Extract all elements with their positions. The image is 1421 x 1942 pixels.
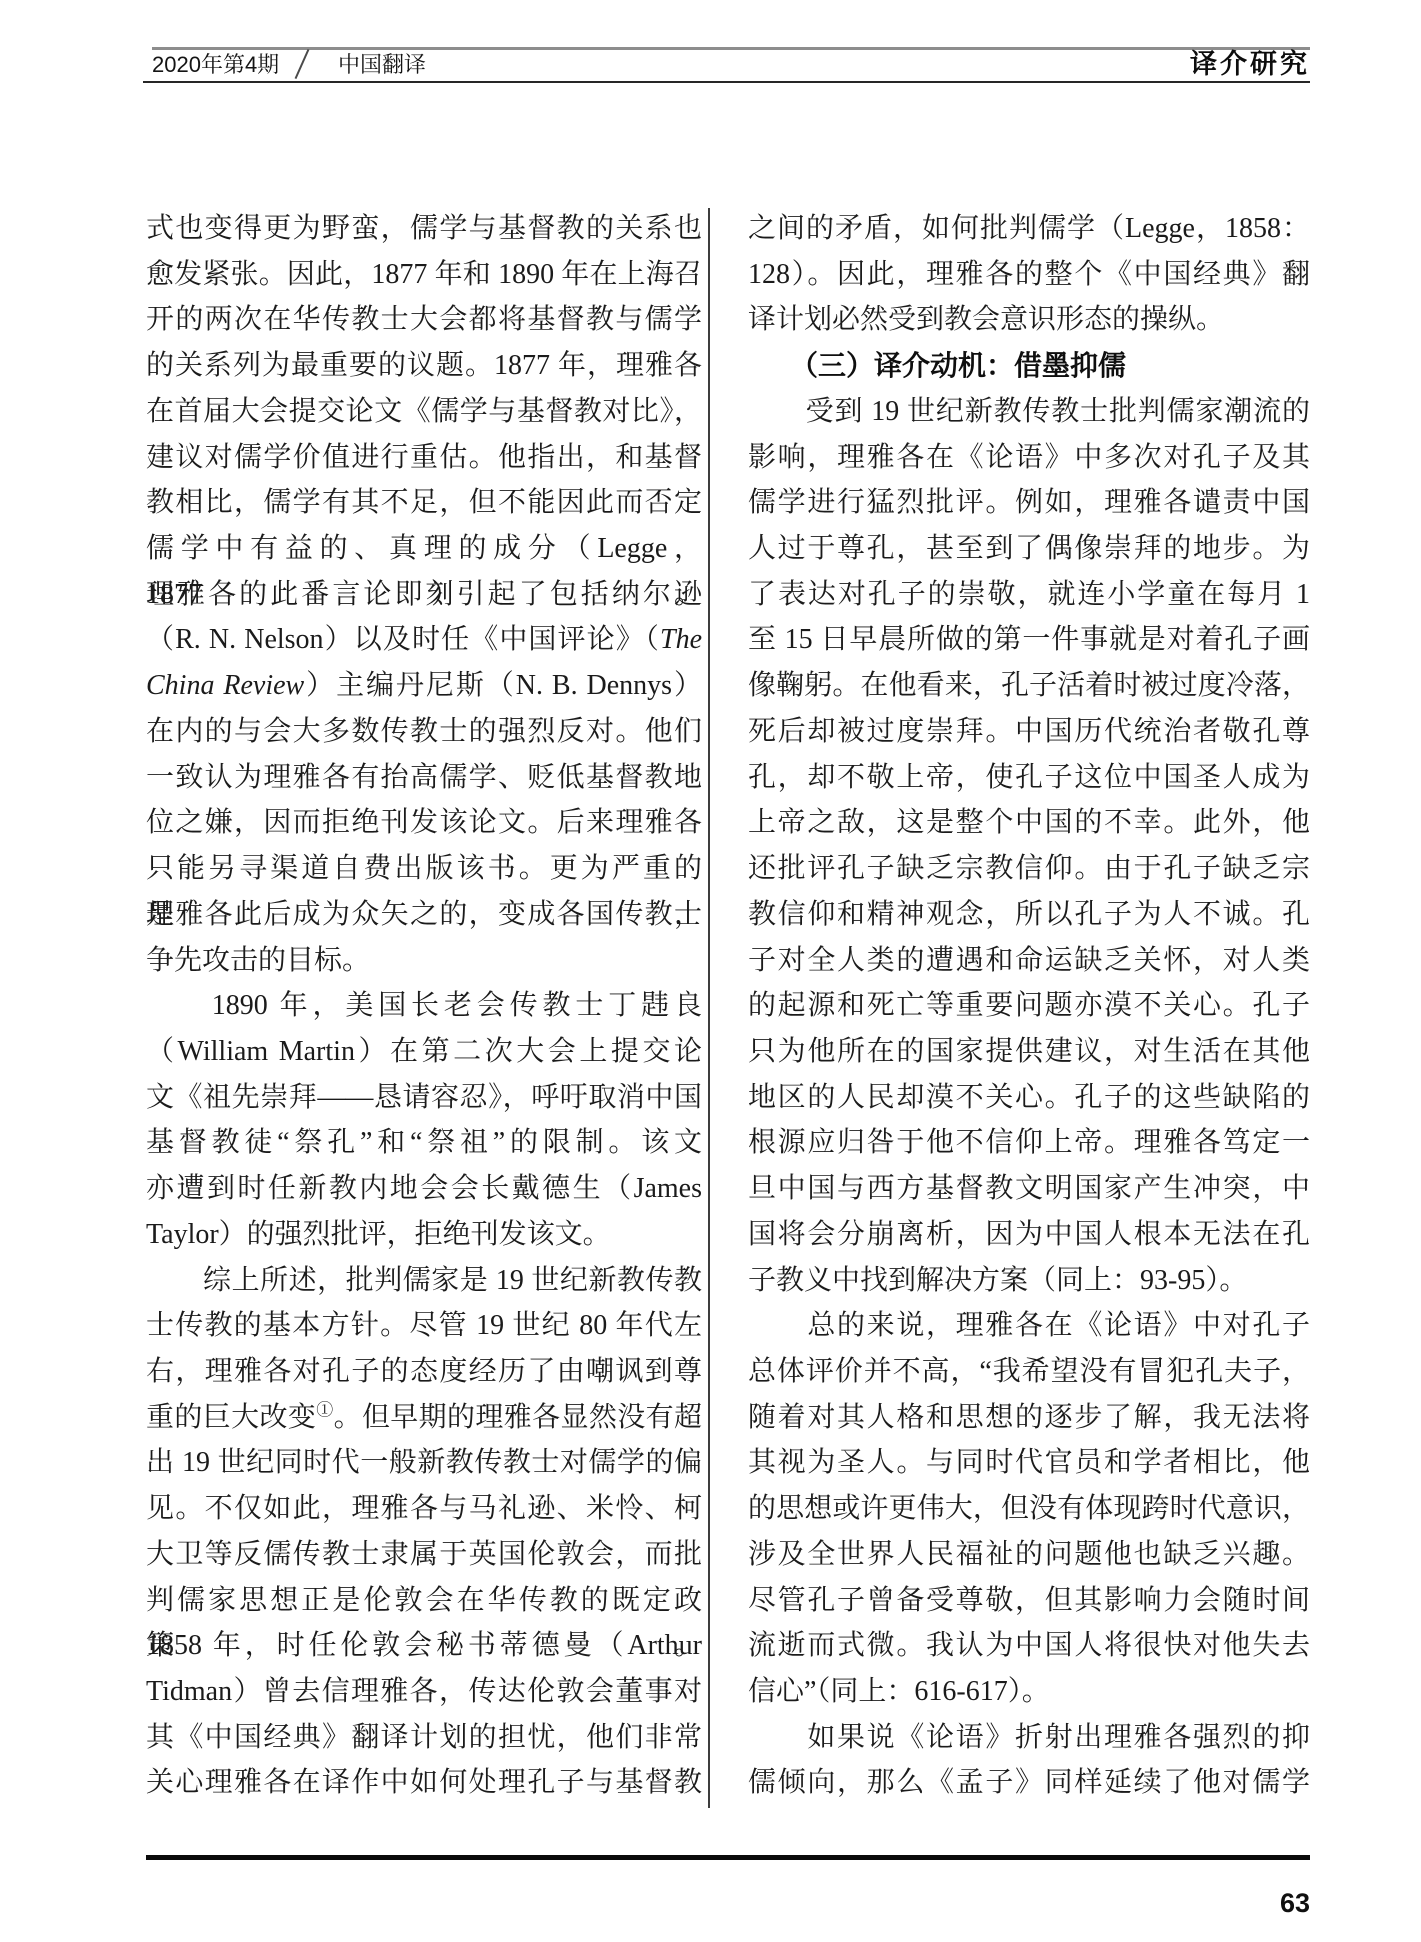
- text-line: 影响，理雅各在《论语》中多次对孔子及其: [748, 435, 1310, 481]
- text-line: 的起源和死亡等重要问题亦漠不关心。孔子: [748, 983, 1310, 1029]
- text-line: 开的两次在华传教士大会都将基督教与儒学: [146, 297, 702, 343]
- text-line: 在首届大会提交论文《儒学与基督教对比》，: [146, 389, 702, 435]
- article-column-left: 式也变得更为野蛮，儒学与基督教的关系也愈发紧张。因此，1877 年和 1890 …: [146, 206, 702, 1806]
- column-divider-rule: [708, 208, 710, 1808]
- text-line: 文《祖先崇拜——恳请容忍》，呼吁取消中国: [146, 1075, 702, 1121]
- text-line: 子对全人类的遭遇和命运缺乏关怀，对人类: [748, 938, 1310, 984]
- text-line: 愈发紧张。因此，1877 年和 1890 年在上海召: [146, 252, 702, 298]
- header-journal-title: 中国翻译: [338, 51, 426, 79]
- text-line: 理雅各此后成为众矢之的，变成各国传教士: [146, 892, 702, 938]
- text-line: 子教义中找到解决方案（同上：93-95）。: [748, 1258, 1310, 1304]
- text-line: 死后却被过度崇拜。中国历代统治者敬孔尊: [748, 709, 1310, 755]
- text-line: 128）。因此，理雅各的整个《中国经典》翻: [748, 252, 1310, 298]
- text-line: 儒倾向，那么《孟子》同样延续了他对儒学: [748, 1760, 1310, 1806]
- text-line: China Review）主编丹尼斯（N. B. Dennys）: [146, 663, 702, 709]
- text-line: 判儒家思想正是伦敦会在华传教的既定政策。: [146, 1578, 702, 1624]
- header-bottom-rule: [143, 81, 1310, 83]
- text-line: 基督教徒“祭孔”和“祭祖”的限制。该文: [146, 1120, 702, 1166]
- text-line: 如果说《论语》折射出理雅各强烈的抑: [748, 1715, 1310, 1761]
- article-column-right: 之间的矛盾，如何批判儒学（Legge，1858：128）。因此，理雅各的整个《中…: [748, 206, 1310, 1806]
- text-line: 流逝而式微。我认为中国人将很快对他失去: [748, 1623, 1310, 1669]
- text-line: 还批评孔子缺乏宗教信仰。由于孔子缺乏宗: [748, 846, 1310, 892]
- text-line: 译计划必然受到教会意识形态的操纵。: [748, 297, 1310, 343]
- text-line: 孔，却不敬上帝，使孔子这位中国圣人成为: [748, 755, 1310, 801]
- text-line: 上帝之敌，这是整个中国的不幸。此外，他: [748, 800, 1310, 846]
- text-line: （R. N. Nelson）以及时任《中国评论》（The: [146, 617, 702, 663]
- text-line: 涉及全世界人民福祉的问题他也缺乏兴趣。: [748, 1532, 1310, 1578]
- text-line: 士传教的基本方针。尽管 19 世纪 80 年代左: [146, 1303, 702, 1349]
- text-line: 式也变得更为野蛮，儒学与基督教的关系也: [146, 206, 702, 252]
- text-line: 1890 年，美国长老会传教士丁韪良: [146, 983, 702, 1029]
- text-line: 其《中国经典》翻译计划的担忧，他们非常: [146, 1715, 702, 1761]
- text-line: 地区的人民却漠不关心。孔子的这些缺陷的: [748, 1075, 1310, 1121]
- text-line: 理雅各的此番言论即刻引起了包括纳尔逊: [146, 572, 702, 618]
- text-line: 综上所述，批判儒家是 19 世纪新教传教: [146, 1258, 702, 1304]
- text-line: 大卫等反儒传教士隶属于英国伦敦会，而批: [146, 1532, 702, 1578]
- text-line: 信心”（同上：616-617）。: [748, 1669, 1310, 1715]
- text-line: 在内的与会大多数传教士的强烈反对。他们: [146, 709, 702, 755]
- text-line: 见。不仅如此，理雅各与马礼逊、米怜、柯: [146, 1486, 702, 1532]
- text-line: 争先攻击的目标。: [146, 938, 702, 984]
- text-line: 像鞠躬。在他看来，孔子活着时被过度冷落，: [748, 663, 1310, 709]
- text-line: 1858 年，时任伦敦会秘书蒂德曼（Arthur: [146, 1623, 702, 1669]
- text-line: 一致认为理雅各有抬高儒学、贬低基督教地: [146, 755, 702, 801]
- text-line: 之间的矛盾，如何批判儒学（Legge，1858：: [748, 206, 1310, 252]
- section-heading: （三）译介动机：借墨抑儒: [748, 343, 1310, 389]
- text-line: 的关系列为最重要的议题。1877 年，理雅各: [146, 343, 702, 389]
- text-line: 总体评价并不高，“我希望没有冒犯孔夫子，: [748, 1349, 1310, 1395]
- text-line: 只能另寻渠道自费出版该书。更为严重的是，: [146, 846, 702, 892]
- text-line: 总的来说，理雅各在《论语》中对孔子: [748, 1303, 1310, 1349]
- header-section-label: 译介研究: [1190, 48, 1310, 80]
- text-line: 教信仰和精神观念，所以孔子为人不诚。孔: [748, 892, 1310, 938]
- text-line: 位之嫌，因而拒绝刊发该论文。后来理雅各: [146, 800, 702, 846]
- text-line: 关心理雅各在译作中如何处理孔子与基督教: [146, 1760, 702, 1806]
- text-line: 儒学中有益的、真理的成分（Legge，1877）。: [146, 526, 702, 572]
- text-line: 儒学进行猛烈批评。例如，理雅各谴责中国: [748, 480, 1310, 526]
- text-line: 国将会分崩离析，因为中国人根本无法在孔: [748, 1212, 1310, 1258]
- text-line: 教相比，儒学有其不足，但不能因此而否定: [146, 480, 702, 526]
- text-line: Taylor）的强烈批评，拒绝刊发该文。: [146, 1212, 702, 1258]
- text-line: 建议对儒学价值进行重估。他指出，和基督: [146, 435, 702, 481]
- text-line: 尽管孔子曾备受尊敬，但其影响力会随时间: [748, 1578, 1310, 1624]
- header-top-rule: [152, 47, 1310, 50]
- text-line: 根源应归咎于他不信仰上帝。理雅各笃定一: [748, 1120, 1310, 1166]
- text-line: 其视为圣人。与同时代官员和学者相比，他: [748, 1440, 1310, 1486]
- slash-divider-icon: [295, 49, 310, 79]
- text-line: 受到 19 世纪新教传教士批判儒家潮流的: [748, 389, 1310, 435]
- text-line: 了表达对孔子的崇敬，就连小学童在每月 1: [748, 572, 1310, 618]
- text-line: 旦中国与西方基督教文明国家产生冲突，中: [748, 1166, 1310, 1212]
- page-number: 63: [1280, 1888, 1310, 1919]
- header-issue-label: 2020年第4期: [152, 51, 279, 79]
- text-line: 至 15 日早晨所做的第一件事就是对着孔子画: [748, 617, 1310, 663]
- text-line: 随着对其人格和思想的逐步了解，我无法将: [748, 1395, 1310, 1441]
- text-line: 右，理雅各对孔子的态度经历了由嘲讽到尊: [146, 1349, 702, 1395]
- text-line: 出 19 世纪同时代一般新教传教士对儒学的偏: [146, 1440, 702, 1486]
- text-line: 人过于尊孔，甚至到了偶像崇拜的地步。为: [748, 526, 1310, 572]
- text-line: （William Martin）在第二次大会上提交论: [146, 1029, 702, 1075]
- text-line: Tidman）曾去信理雅各，传达伦敦会董事对: [146, 1669, 702, 1715]
- text-line: 重的巨大改变①。但早期的理雅各显然没有超: [146, 1395, 702, 1441]
- text-line: 亦遭到时任新教内地会会长戴德生（James: [146, 1166, 702, 1212]
- text-line: 的思想或许更伟大，但没有体现跨时代意识，: [748, 1486, 1310, 1532]
- footer-rule: [146, 1855, 1310, 1860]
- text-line: 只为他所在的国家提供建议，对生活在其他: [748, 1029, 1310, 1075]
